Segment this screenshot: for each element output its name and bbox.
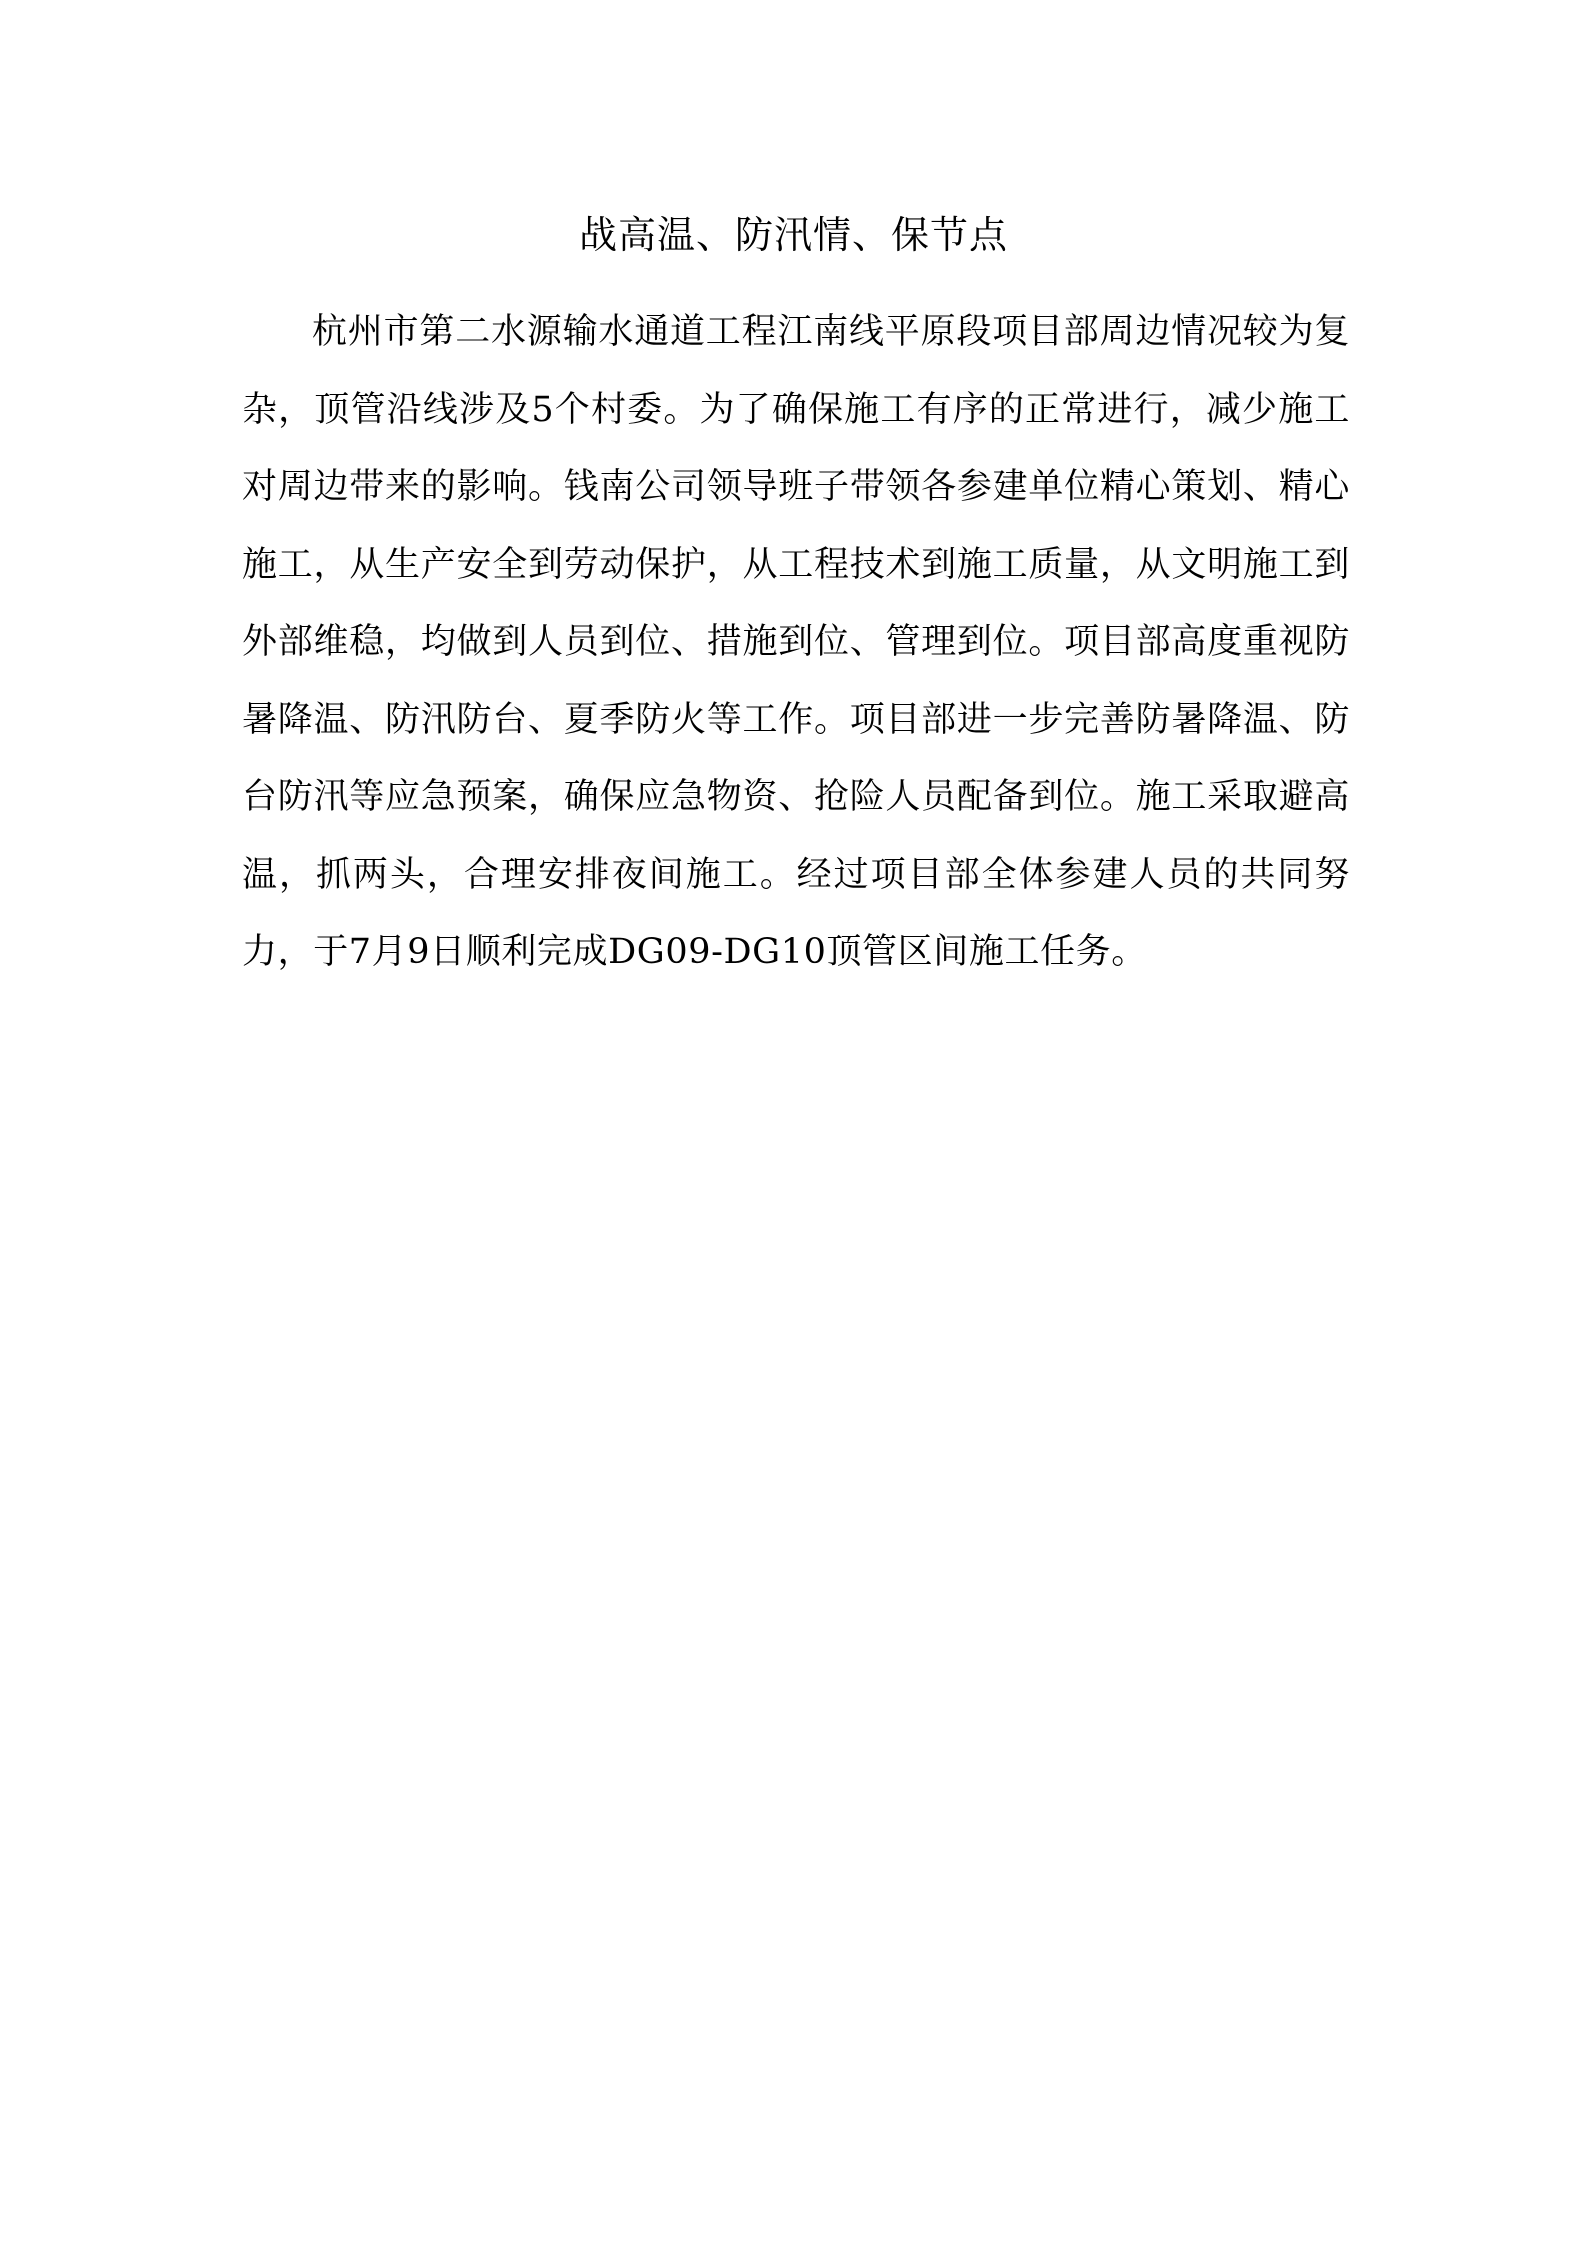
body-paragraph: 杭州市第二水源输水通道工程江南线平原段项目部周边情况较为复杂，顶管沿线涉及5个村… [242, 294, 1350, 992]
document-title: 战高温、防汛情、保节点 [0, 205, 1587, 265]
document-page: 战高温、防汛情、保节点 杭州市第二水源输水通道工程江南线平原段项目部周边情况较为… [0, 0, 1587, 2245]
